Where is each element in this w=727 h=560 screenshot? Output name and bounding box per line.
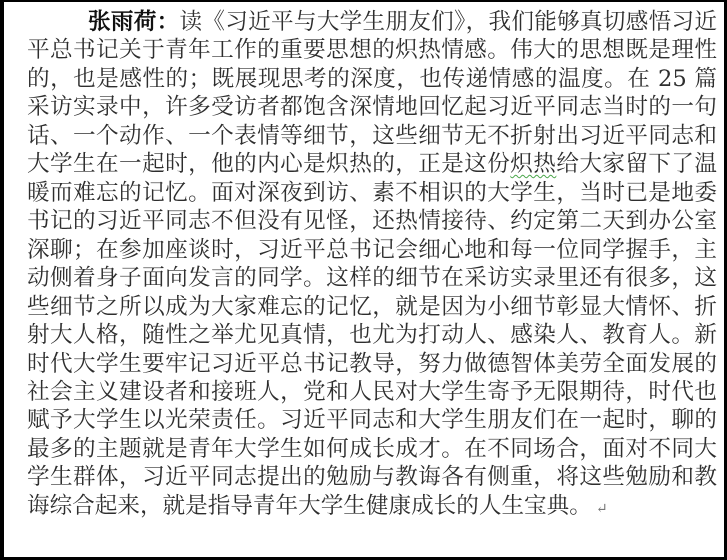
text-line-16: 最多的主题就是青年大学生如何成长成才。在不同场合，面对不同大 <box>27 435 717 463</box>
text-line-2: 平总书记关于青年工作的重要思想的炽热情感。伟大的思想既是理性 <box>27 36 717 64</box>
speaker-name: 张雨荷： <box>88 9 180 35</box>
text-line-4: 采访实录中，许多受访者都饱含深情地回忆起习近平同志当时的一句 <box>27 93 717 121</box>
document-page: 张雨荷：读《习近平与大学生朋友们》，我们能够真切感悟习近 平总书记关于青年工作的… <box>4 2 724 557</box>
text-line-11: 些细节之所以成为大家难忘的记忆，就是因为小细节彰显大情怀、折 <box>27 293 717 321</box>
text-line-9: 深聊；在参加座谈时，习近平总书记会细心地和每一位同学握手，主 <box>27 236 717 264</box>
text-line-14: 社会主义建设者和接班人，党和人民对大学生寄予无限期待，时代也 <box>27 378 717 406</box>
text-line-12: 射大人格，随性之举尤见真情，也尤为打动人、感染人、教育人。新 <box>27 321 717 349</box>
text-line-8: 书记的习近平同志不但没有见怪，还热情接待、约定第二天到办公室 <box>27 207 717 235</box>
text-line-10: 动侧着身子面向发言的同学。这样的细节在采访实录里还有很多，这 <box>27 264 717 292</box>
text-line-15: 赋予大学生以光荣责任。习近平同志和大学生朋友们在一起时，聊的 <box>27 406 717 434</box>
text-line-6: 大学生在一起时，他的内心是炽热的，正是这份炽热给大家留下了温 <box>27 150 717 178</box>
text-line-18: 诲综合起来，就是指导青年大学生健康成长的人生宝典。↵ <box>27 492 717 520</box>
text-line-3: 的，也是感性的；既展现思考的深度，也传递情感的温度。在 25 篇 <box>27 65 717 93</box>
paragraph-mark-icon: ↵ <box>596 501 608 517</box>
text-line-7: 暖而难忘的记忆。面对深夜到访、素不相识的大学生，当时已是地委 <box>27 179 717 207</box>
text-line-13: 时代大学生要牢记习近平总书记教导，努力做德智体美劳全面发展的 <box>27 350 717 378</box>
spellcheck-underlined-word[interactable]: 炽热 <box>510 151 556 177</box>
text-line-17: 学生群体，习近平同志提出的勉励与教诲各有侧重，将这些勉励和教 <box>27 463 717 491</box>
text-line-1: 张雨荷：读《习近平与大学生朋友们》，我们能够真切感悟习近 <box>88 8 717 36</box>
text-line-5: 话、一个动作、一个表情等细节，这些细节无不折射出习近平同志和 <box>27 122 717 150</box>
